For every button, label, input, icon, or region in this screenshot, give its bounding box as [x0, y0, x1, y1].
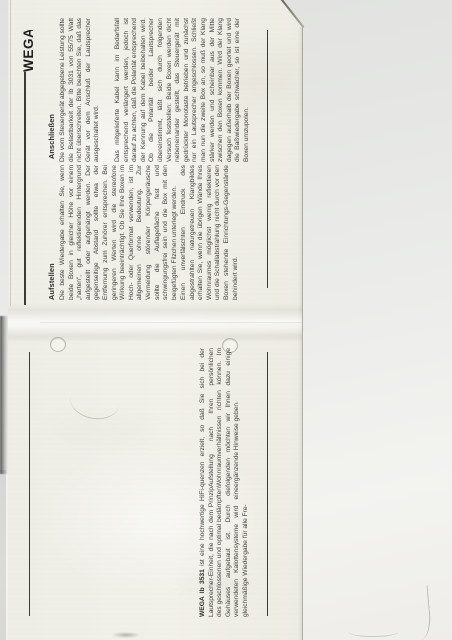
brand-rule	[24, 72, 26, 305]
intro-paragraph-column-2: quenzen erzielt, so daß Sie sich bei der…	[199, 348, 245, 487]
fold-crease-line	[40, 322, 302, 323]
paper-curl	[411, 585, 433, 640]
paragraph-anschliessen-2: Das mitgelieferte Kabel kann im Bedarfsf…	[114, 18, 260, 162]
section-heading-anschliessen: Anschließen	[47, 113, 58, 159]
paragraph-aufstellen-2: Einen unverfälschten Eindruck des abgest…	[180, 165, 242, 300]
paper-right-edge	[302, 27, 303, 640]
intro-paragraph-column-1: WEGA lb 3531 ist eine hochwertige HiFi-L…	[199, 487, 253, 617]
paper-top-edge	[10, 0, 11, 306]
paper-curl-shadow	[348, 627, 398, 637]
wega-logo: WEGA	[22, 30, 36, 72]
intro-column-1-text: ist eine hochwertige HiFi-Lautsprecher-E…	[199, 487, 249, 617]
left-edge-shadow	[0, 316, 8, 474]
punch-hole-left	[50, 337, 66, 352]
header-rule-left-panel	[29, 352, 31, 616]
paper-smudge	[112, 632, 140, 638]
photo-of-manual: WEGA Anschließen Die vom Steuergerät abg…	[0, 0, 452, 640]
footer-rule-left-panel	[267, 352, 269, 616]
model-name-bold: WEGA lb 3531	[199, 569, 206, 617]
paragraph-anschliessen-1: Die vom Steuergerät abgegebene Leistung …	[59, 18, 113, 162]
section-heading-aufstellen: Aufstellen	[47, 256, 58, 300]
paragraph-aufstellen-1: Die beste Wiedergabe erhalten Sie, wenn …	[59, 165, 179, 300]
footer-rule-right-panel	[267, 30, 269, 288]
